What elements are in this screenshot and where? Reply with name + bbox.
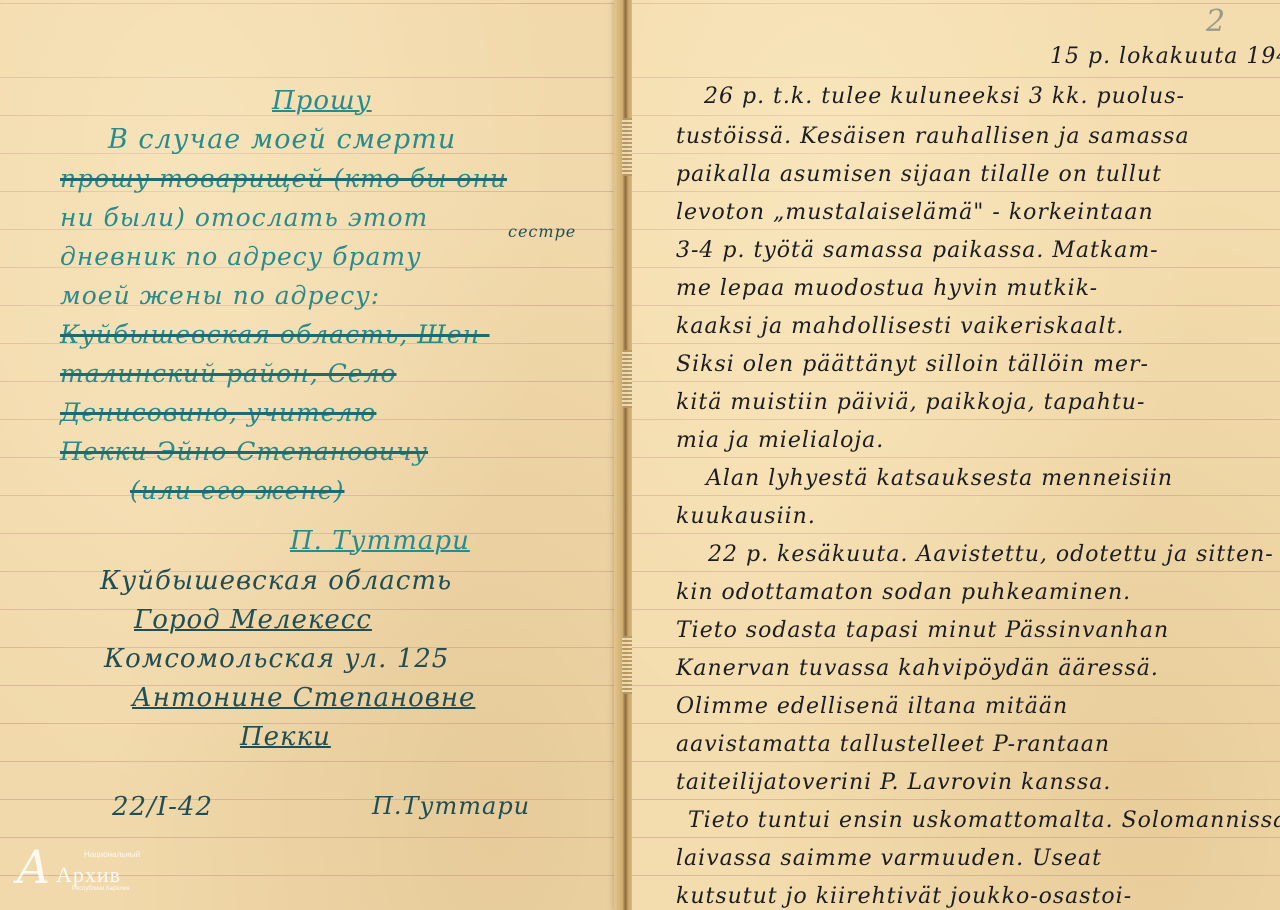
left-heading: Прошу [272,86,372,116]
logo-word: Архив [56,862,121,888]
left-line: В случае моей смерти [108,124,456,155]
right-date: 15 p. lokakuuta 1941. [1050,44,1280,69]
left-line: моей жены по адресу: [60,281,380,310]
right-line: Tieto tuntui ensin uskomattomalta. Solom… [688,808,1280,833]
address-line: Город Мелекесс [134,605,372,635]
right-line: paikalla asumisen sijaan tilalle on tull… [676,162,1162,187]
right-line: mia ja mielialoja. [676,428,884,453]
right-line: aavistamatta tallustelleet P-rantaan [676,732,1110,757]
address-line: Комсомольская ул. 125 [104,644,449,674]
page-number: 2 [1206,4,1225,39]
right-line: Alan lyhyestä katsauksesta menneisiin [706,466,1173,491]
left-line: ни были) отослать этот [60,203,428,232]
right-line: 26 p. t.k. tulee kuluneeksi 3 kk. puolus… [704,84,1185,109]
right-line: Kanervan tuvassa kahvipöydän ääressä. [676,656,1159,681]
right-line: kin odottamaton sodan puhkeaminen. [676,580,1131,605]
left-line: талинский район, Село [60,359,397,388]
signature: П.Туттари [372,792,530,820]
right-line: laivassa saimme varmuuden. Useat [676,846,1102,871]
right-line: 3-4 p. työtä samassa paikassa. Matkam- [676,238,1159,263]
right-line: levoton „mustalaiselämä" - korkeintaan [676,200,1154,225]
left-line: (или его жене) [130,476,344,505]
right-line: Siksi olen päättänyt silloin tällöin mer… [676,352,1149,377]
logo-letter: А [16,840,51,894]
left-line: Денисовино, учителю [60,398,376,427]
left-line: прошу товарищей (кто бы они [60,164,507,193]
logo-subtitle: Республики Карелия [72,886,129,892]
left-line: дневник по адресу брату [60,242,422,271]
address-line: Куйбышевская область [100,566,452,596]
right-line: Olimme edellisenä iltana mitään [676,694,1068,719]
right-line: kitä muistiin päiviä, paikkoja, tapahtu- [676,390,1145,415]
right-line: Tieto sodasta tapasi minut Pässinvanhan [676,618,1169,643]
address-line: Антонине Степановне [132,683,475,713]
signature-block: П. Туттари [290,526,470,556]
right-line: kuukausiin. [676,504,816,529]
left-page: Прошу В случае моей смерти прошу товарищ… [0,0,621,910]
right-line: kutsutut jo kiirehtivät joukko-osastoi- [676,884,1132,909]
right-line: taiteilijatoverini P. Lavrovin kanssa. [676,770,1111,795]
right-line: kaaksi ja mahdollisesti vaikeriskaalt. [676,314,1124,339]
archive-watermark-logo: А Национальный Архив Республики Карелия [14,846,154,900]
left-line: Куйбышевская область, Шен- [60,320,490,349]
right-line: me lepaa muodostua hyvin mutkik- [676,276,1098,301]
left-line: Пекки Эйно Степановичу [60,437,428,466]
logo-top-text: Национальный [84,850,140,859]
right-line: tustöissä. Kesäisen rauhallisen ja samas… [676,124,1190,149]
insertion-word: сестре [508,222,576,241]
left-date: 22/I-42 [112,792,213,822]
address-line: Пекки [240,722,331,752]
right-line: 22 p. kesäkuuta. Aavistettu, odotettu ja… [708,542,1274,567]
